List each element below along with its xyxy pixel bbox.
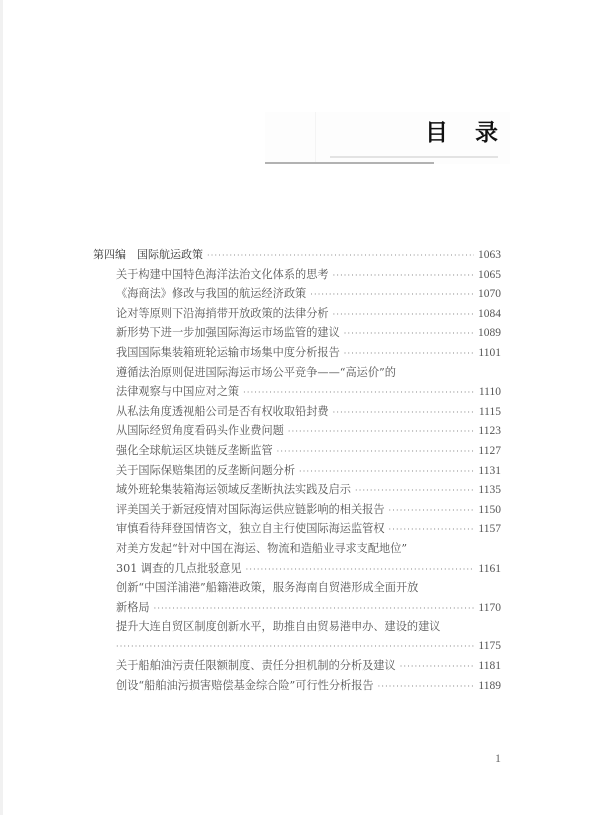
- toc-entry-page: 1084: [478, 305, 501, 325]
- toc-entry-title: 新形势下进一步加强国际海运市场监管的建议: [116, 323, 340, 343]
- toc-entry-page: 1065: [478, 266, 501, 286]
- toc-entry-title: 从国际经贸角度看码头作业费问题: [116, 421, 284, 441]
- dot-leader: [333, 266, 474, 286]
- toc-entry-page: 1070: [478, 285, 501, 305]
- page-title: 目录: [425, 114, 498, 147]
- toc-entry[interactable]: 法律观察与中国应对之策1110: [93, 382, 501, 402]
- toc-entry-title: 301 调查的几点批驳意见: [116, 559, 242, 579]
- toc-entry[interactable]: 我国国际集装箱班轮运输市场集中度分析报告1101: [93, 343, 501, 363]
- toc-entry[interactable]: 遵循法治原则促进国际海运市场公平竞争——“高运价”的: [93, 363, 501, 383]
- dot-leader: [207, 246, 474, 266]
- toc-entry-page: 1123: [478, 422, 501, 442]
- toc-entry-title: 域外班轮集装箱海运领域反垄断执法实践及启示: [116, 480, 351, 500]
- toc-entry-title: 我国国际集装箱班轮运输市场集中度分析报告: [116, 343, 340, 363]
- dot-leader: [277, 442, 475, 462]
- toc-entry-title: 审慎看待拜登国情咨文，独立自主行使国际海运监管权: [116, 519, 385, 539]
- toc-entry-page: 1161: [478, 560, 501, 580]
- toc-entry-title: 评美国关于新冠疫情对国际海运供应链影响的相关报告: [116, 500, 385, 520]
- toc-entry[interactable]: 关于国际保赔集团的反垄断问题分析1131: [93, 461, 501, 481]
- dot-leader: [389, 501, 475, 521]
- toc-entry-page: 1181: [478, 657, 501, 677]
- title-rule-dark: [265, 162, 434, 164]
- page-edge-shadow: [0, 0, 3, 815]
- toc-entry[interactable]: 关于船舶油污责任限额制度、责任分担机制的分析及建议1181: [93, 656, 501, 676]
- toc-entry[interactable]: 强化全球航运区块链反垄断监管1127: [93, 441, 501, 461]
- toc-entry[interactable]: 从私法角度透视船公司是否有权收取铅封费1115: [93, 402, 501, 422]
- toc-entry-page: 1089: [478, 324, 501, 344]
- dot-leader: [400, 657, 475, 677]
- toc-entry[interactable]: 1175: [93, 637, 501, 657]
- toc-entry[interactable]: 审慎看待拜登国情咨文，独立自主行使国际海运监管权1157: [93, 519, 501, 539]
- dot-leader: [154, 599, 475, 619]
- toc-entry[interactable]: 提升大连自贸区制度创新水平，助推自由贸易港申办、建设的建议: [93, 617, 501, 637]
- toc-entry-title: 遵循法治原则促进国际海运市场公平竞争——“高运价”的: [116, 363, 396, 383]
- toc-entry-title: 关于构建中国特色海洋法治文化体系的思考: [116, 265, 329, 285]
- page-title-char-1: 目: [425, 120, 448, 146]
- dot-leader: [344, 324, 474, 344]
- toc-entry-title: 关于船舶油污责任限额制度、责任分担机制的分析及建议: [116, 656, 396, 676]
- toc-entry-title: 强化全球航运区块链反垄断监管: [116, 441, 273, 461]
- dot-leader: [389, 520, 475, 540]
- dot-leader: [310, 285, 474, 305]
- toc-entry-title: 创新“中国洋浦港”船籍港政策，服务海南自贸港形成全面开放: [116, 578, 418, 598]
- toc-entry-title: 关于国际保赔集团的反垄断问题分析: [116, 461, 295, 481]
- toc-entry[interactable]: 《海商法》修改与我国的航运经济政策1070: [93, 284, 501, 304]
- toc-entry-page: 1115: [479, 403, 501, 423]
- dot-leader: [378, 677, 475, 697]
- toc-entry[interactable]: 创设“船舶油污损害赔偿基金综合险”可行性分析报告1189: [93, 676, 501, 696]
- toc-entry-page: 1150: [478, 501, 501, 521]
- toc-entry-title: 法律观察与中国应对之策: [116, 382, 239, 402]
- toc-entry-title: 论对等原则下沿海捎带开放政策的法律分析: [116, 304, 329, 324]
- toc-entry-title: 《海商法》修改与我国的航运经济政策: [116, 284, 306, 304]
- toc-entry[interactable]: 新形势下进一步加强国际海运市场监管的建议1089: [93, 323, 501, 343]
- toc-entry[interactable]: 关于构建中国特色海洋法治文化体系的思考1065: [93, 265, 501, 285]
- toc-entry[interactable]: 301 调查的几点批驳意见1161: [93, 559, 501, 579]
- toc-entry[interactable]: 论对等原则下沿海捎带开放政策的法律分析1084: [93, 304, 501, 324]
- toc-entry-title: 创设“船舶油污损害赔偿基金综合险”可行性分析报告: [116, 676, 374, 696]
- page-number: 1: [495, 751, 501, 766]
- toc-entry-page: 1110: [479, 383, 501, 403]
- toc-entry-title: 从私法角度透视船公司是否有权收取铅封费: [116, 402, 329, 422]
- toc-entry-page: 1157: [478, 520, 501, 540]
- dot-leader: [243, 383, 475, 403]
- toc-entry-page: 1101: [478, 344, 501, 364]
- dot-leader: [246, 560, 475, 580]
- toc-entry[interactable]: 创新“中国洋浦港”船籍港政策，服务海南自贸港形成全面开放: [93, 578, 501, 598]
- toc-entry-title: 新格局: [116, 598, 150, 618]
- dot-leader: [288, 422, 475, 442]
- toc-entry[interactable]: 域外班轮集装箱海运领域反垄断执法实践及启示1135: [93, 480, 501, 500]
- toc-entry[interactable]: 新格局1170: [93, 598, 501, 618]
- dot-leader: [333, 403, 475, 423]
- table-of-contents: 第四编 国际航运政策1063关于构建中国特色海洋法治文化体系的思考1065《海商…: [93, 245, 501, 696]
- dot-leader: [299, 462, 474, 482]
- toc-entry-title: 对美方发起“针对中国在海运、物流和造船业寻求支配地位”: [116, 539, 407, 559]
- toc-entry-page: 1189: [478, 677, 501, 697]
- dot-leader: [116, 637, 474, 657]
- toc-entry[interactable]: 从国际经贸角度看码头作业费问题1123: [93, 421, 501, 441]
- toc-part-heading[interactable]: 第四编 国际航运政策1063: [93, 245, 501, 265]
- toc-entry-page: 1127: [478, 442, 501, 462]
- toc-entry-page: 1063: [478, 246, 501, 266]
- toc-entry-page: 1131: [478, 462, 501, 482]
- title-panel-divider: [315, 112, 316, 164]
- title-rule-light: [330, 156, 498, 158]
- dot-leader: [333, 305, 474, 325]
- dot-leader: [355, 481, 474, 501]
- toc-entry[interactable]: 对美方发起“针对中国在海运、物流和造船业寻求支配地位”: [93, 539, 501, 559]
- toc-entry-page: 1170: [478, 599, 501, 619]
- toc-entry-title: 提升大连自贸区制度创新水平，助推自由贸易港申办、建设的建议: [116, 617, 440, 637]
- toc-entry-page: 1175: [478, 637, 501, 657]
- toc-entry-page: 1135: [478, 481, 501, 501]
- page-title-char-2: 录: [475, 120, 498, 146]
- dot-leader: [344, 344, 475, 364]
- toc-entry[interactable]: 评美国关于新冠疫情对国际海运供应链影响的相关报告1150: [93, 500, 501, 520]
- toc-entry-title: 第四编 国际航运政策: [93, 245, 203, 265]
